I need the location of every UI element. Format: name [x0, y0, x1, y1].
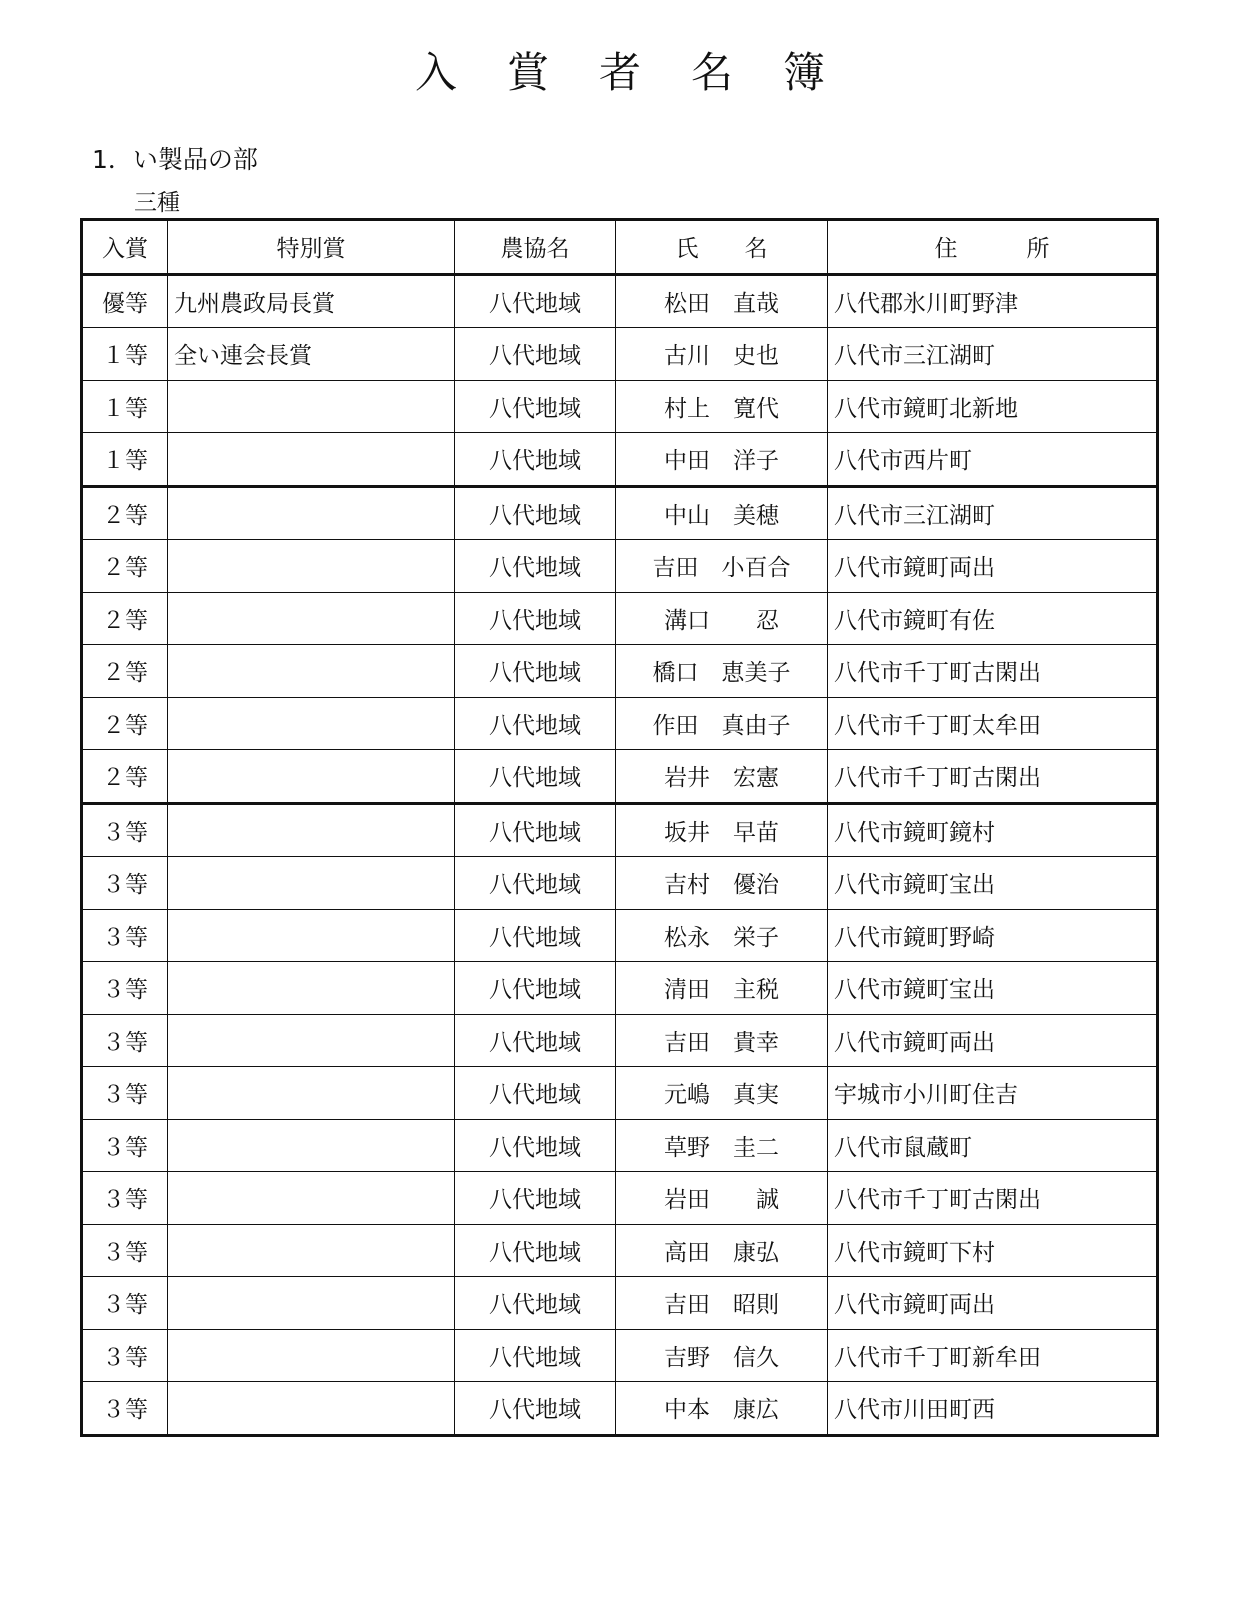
rank-cell: ３等	[82, 909, 168, 962]
rank-cell: ２等	[82, 486, 168, 540]
rank-cell: ２等	[82, 540, 168, 593]
address-cell: 八代市千丁町太牟田	[828, 697, 1158, 750]
header-rank: 入賞	[82, 220, 168, 275]
table-row: ３等八代地域中本 康広八代市川田町西	[82, 1382, 1158, 1436]
awards-table: 入賞 特別賞 農協名 氏 名 住 所 優等九州農政局長賞八代地域松田 直哉八代郡…	[80, 218, 1159, 1437]
name-cell: 吉田 貴幸	[616, 1014, 828, 1067]
address-cell: 八代市三江湖町	[828, 328, 1158, 381]
name-cell: 坂井 早苗	[616, 803, 828, 857]
address-cell: 八代市千丁町古閑出	[828, 750, 1158, 804]
address-cell: 八代市鏡町野崎	[828, 909, 1158, 962]
name-cell: 中本 康広	[616, 1382, 828, 1436]
coop-cell: 八代地域	[455, 1067, 616, 1120]
name-cell: 清田 主税	[616, 962, 828, 1015]
rank-cell: １等	[82, 433, 168, 487]
name-cell: 岩井 宏憲	[616, 750, 828, 804]
special-award-cell	[168, 909, 455, 962]
rank-cell: ３等	[82, 1329, 168, 1382]
coop-cell: 八代地域	[455, 1172, 616, 1225]
special-award-cell	[168, 592, 455, 645]
rank-cell: ３等	[82, 962, 168, 1015]
rank-cell: ３等	[82, 803, 168, 857]
name-cell: 松永 栄子	[616, 909, 828, 962]
rank-cell: ３等	[82, 1277, 168, 1330]
special-award-cell	[168, 1014, 455, 1067]
coop-cell: 八代地域	[455, 274, 616, 328]
special-award-cell	[168, 645, 455, 698]
name-cell: 高田 康弘	[616, 1224, 828, 1277]
address-cell: 八代市鏡町宝出	[828, 857, 1158, 910]
coop-cell: 八代地域	[455, 1014, 616, 1067]
special-award-cell	[168, 1119, 455, 1172]
coop-cell: 八代地域	[455, 380, 616, 433]
coop-cell: 八代地域	[455, 962, 616, 1015]
table-row: ３等八代地域草野 圭二八代市鼠蔵町	[82, 1119, 1158, 1172]
name-cell: 吉田 昭則	[616, 1277, 828, 1330]
name-cell: 村上 寛代	[616, 380, 828, 433]
address-cell: 八代市鏡町下村	[828, 1224, 1158, 1277]
name-cell: 元嶋 真実	[616, 1067, 828, 1120]
name-cell: 吉田 小百合	[616, 540, 828, 593]
name-cell: 溝口 忍	[616, 592, 828, 645]
rank-cell: ３等	[82, 1119, 168, 1172]
address-cell: 八代市鏡町両出	[828, 1277, 1158, 1330]
table-row: ３等八代地域吉田 貴幸八代市鏡町両出	[82, 1014, 1158, 1067]
rank-cell: 優等	[82, 274, 168, 328]
address-cell: 宇城市小川町住吉	[828, 1067, 1158, 1120]
address-cell: 八代市千丁町古閑出	[828, 1172, 1158, 1225]
table-row: ３等八代地域元嶋 真実宇城市小川町住吉	[82, 1067, 1158, 1120]
special-award-cell	[168, 750, 455, 804]
name-cell: 作田 真由子	[616, 697, 828, 750]
address-cell: 八代市千丁町古閑出	[828, 645, 1158, 698]
special-award-cell	[168, 540, 455, 593]
special-award-cell	[168, 380, 455, 433]
address-cell: 八代市三江湖町	[828, 486, 1158, 540]
coop-cell: 八代地域	[455, 1224, 616, 1277]
table-row: ２等八代地域作田 真由子八代市千丁町太牟田	[82, 697, 1158, 750]
coop-cell: 八代地域	[455, 1277, 616, 1330]
rank-cell: ２等	[82, 592, 168, 645]
table-row: ３等八代地域吉野 信久八代市千丁町新牟田	[82, 1329, 1158, 1382]
special-award-cell: 九州農政局長賞	[168, 274, 455, 328]
coop-cell: 八代地域	[455, 592, 616, 645]
special-award-cell	[168, 1277, 455, 1330]
special-award-cell	[168, 1172, 455, 1225]
rank-cell: ３等	[82, 1224, 168, 1277]
name-cell: 橋口 恵美子	[616, 645, 828, 698]
special-award-cell: 全い連会長賞	[168, 328, 455, 381]
section-heading: 1．い製品の部	[92, 140, 258, 176]
name-cell: 草野 圭二	[616, 1119, 828, 1172]
coop-cell: 八代地域	[455, 750, 616, 804]
special-award-cell	[168, 1329, 455, 1382]
coop-cell: 八代地域	[455, 909, 616, 962]
rank-cell: ３等	[82, 857, 168, 910]
address-cell: 八代市鏡町鏡村	[828, 803, 1158, 857]
table-row: １等八代地域中田 洋子八代市西片町	[82, 433, 1158, 487]
page-title: 入賞者名簿	[0, 40, 1240, 100]
name-cell: 中山 美穂	[616, 486, 828, 540]
coop-cell: 八代地域	[455, 540, 616, 593]
table-row: ２等八代地域溝口 忍八代市鏡町有佐	[82, 592, 1158, 645]
table-row: ２等八代地域中山 美穂八代市三江湖町	[82, 486, 1158, 540]
table-row: ３等八代地域松永 栄子八代市鏡町野崎	[82, 909, 1158, 962]
address-cell: 八代市鏡町宝出	[828, 962, 1158, 1015]
header-name: 氏 名	[616, 220, 828, 275]
address-cell: 八代市鼠蔵町	[828, 1119, 1158, 1172]
coop-cell: 八代地域	[455, 1382, 616, 1436]
header-address: 住 所	[828, 220, 1158, 275]
table-row: ３等八代地域岩田 誠八代市千丁町古閑出	[82, 1172, 1158, 1225]
table-row: ３等八代地域清田 主税八代市鏡町宝出	[82, 962, 1158, 1015]
rank-cell: ２等	[82, 697, 168, 750]
special-award-cell	[168, 857, 455, 910]
address-cell: 八代市鏡町北新地	[828, 380, 1158, 433]
table-row: ３等八代地域吉田 昭則八代市鏡町両出	[82, 1277, 1158, 1330]
name-cell: 吉村 優治	[616, 857, 828, 910]
address-cell: 八代市鏡町両出	[828, 1014, 1158, 1067]
coop-cell: 八代地域	[455, 645, 616, 698]
header-special-award: 特別賞	[168, 220, 455, 275]
coop-cell: 八代地域	[455, 486, 616, 540]
table-row: ３等八代地域高田 康弘八代市鏡町下村	[82, 1224, 1158, 1277]
table-row: 優等九州農政局長賞八代地域松田 直哉八代郡氷川町野津	[82, 274, 1158, 328]
name-cell: 岩田 誠	[616, 1172, 828, 1225]
table-row: １等八代地域村上 寛代八代市鏡町北新地	[82, 380, 1158, 433]
rank-cell: ２等	[82, 750, 168, 804]
address-cell: 八代市鏡町両出	[828, 540, 1158, 593]
special-award-cell	[168, 1382, 455, 1436]
special-award-cell	[168, 433, 455, 487]
subsection-heading: 三種	[134, 184, 180, 217]
table-row: ２等八代地域橋口 恵美子八代市千丁町古閑出	[82, 645, 1158, 698]
special-award-cell	[168, 697, 455, 750]
address-cell: 八代市鏡町有佐	[828, 592, 1158, 645]
table-row: ３等八代地域坂井 早苗八代市鏡町鏡村	[82, 803, 1158, 857]
name-cell: 松田 直哉	[616, 274, 828, 328]
special-award-cell	[168, 1067, 455, 1120]
coop-cell: 八代地域	[455, 1329, 616, 1382]
coop-cell: 八代地域	[455, 1119, 616, 1172]
address-cell: 八代郡氷川町野津	[828, 274, 1158, 328]
rank-cell: １等	[82, 328, 168, 381]
coop-cell: 八代地域	[455, 857, 616, 910]
name-cell: 中田 洋子	[616, 433, 828, 487]
rank-cell: ３等	[82, 1382, 168, 1436]
rank-cell: ３等	[82, 1172, 168, 1225]
table-row: ３等八代地域吉村 優治八代市鏡町宝出	[82, 857, 1158, 910]
name-cell: 吉野 信久	[616, 1329, 828, 1382]
special-award-cell	[168, 486, 455, 540]
rank-cell: ３等	[82, 1014, 168, 1067]
rank-cell: ３等	[82, 1067, 168, 1120]
address-cell: 八代市千丁町新牟田	[828, 1329, 1158, 1382]
address-cell: 八代市西片町	[828, 433, 1158, 487]
name-cell: 古川 史也	[616, 328, 828, 381]
table-row: ２等八代地域吉田 小百合八代市鏡町両出	[82, 540, 1158, 593]
special-award-cell	[168, 1224, 455, 1277]
coop-cell: 八代地域	[455, 328, 616, 381]
header-coop: 農協名	[455, 220, 616, 275]
coop-cell: 八代地域	[455, 803, 616, 857]
coop-cell: 八代地域	[455, 697, 616, 750]
table-row: １等全い連会長賞八代地域古川 史也八代市三江湖町	[82, 328, 1158, 381]
coop-cell: 八代地域	[455, 433, 616, 487]
special-award-cell	[168, 803, 455, 857]
table-header-row: 入賞 特別賞 農協名 氏 名 住 所	[82, 220, 1158, 275]
table-row: ２等八代地域岩井 宏憲八代市千丁町古閑出	[82, 750, 1158, 804]
special-award-cell	[168, 962, 455, 1015]
address-cell: 八代市川田町西	[828, 1382, 1158, 1436]
rank-cell: ２等	[82, 645, 168, 698]
rank-cell: １等	[82, 380, 168, 433]
